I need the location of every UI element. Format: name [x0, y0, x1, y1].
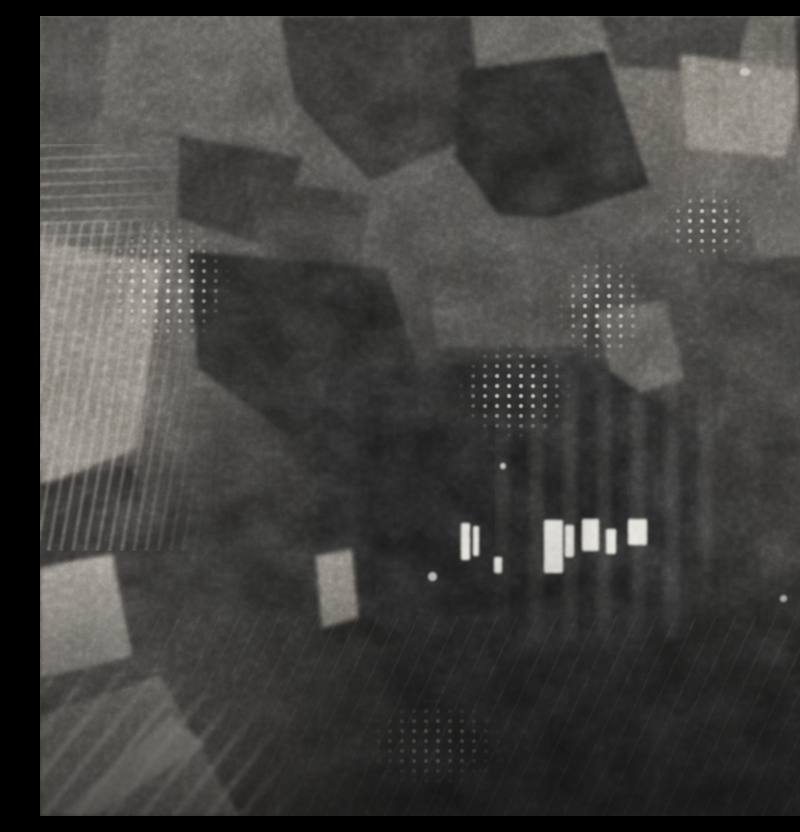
bottom-shadow-wash: [40, 556, 800, 816]
granite-texture-photo: [40, 16, 800, 816]
